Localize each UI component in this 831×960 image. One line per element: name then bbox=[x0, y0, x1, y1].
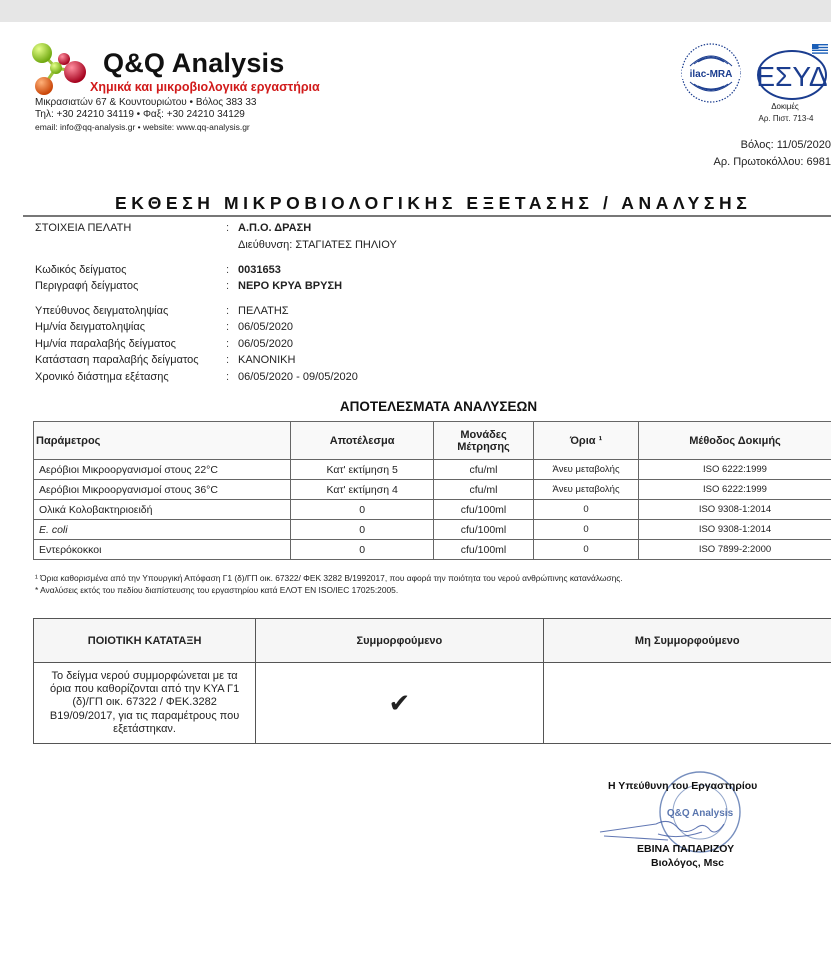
info-label: Περιγραφή δείγματος bbox=[35, 280, 138, 292]
info-label: Κατάσταση παραλαβής δείγματος bbox=[35, 354, 199, 366]
parameter-cell: Εντερόκοκκοι bbox=[34, 540, 291, 560]
examination-period: 06/05/2020 - 09/05/2020 bbox=[238, 371, 358, 383]
esyd-certificate-number: Αρ. Πιστ. 713-4 bbox=[756, 114, 816, 123]
viewer-top-bar bbox=[0, 0, 831, 22]
table-row: Εντερόκοκκοι 0 cfu/100ml 0 ISO 7899-2:20… bbox=[34, 540, 831, 560]
parameter-cell: Αερόβιοι Μικροοργανισμοί στους 22°C bbox=[34, 460, 291, 480]
limit-cell: 0 bbox=[534, 520, 639, 540]
svg-text:ΕΣΥΔ: ΕΣΥΔ bbox=[756, 61, 827, 92]
title-divider bbox=[23, 215, 831, 217]
col-unit: Μονάδες Μέτρησης bbox=[433, 422, 533, 460]
non-compliant-cell bbox=[543, 663, 831, 744]
greek-flag-icon bbox=[812, 44, 828, 55]
company-subtitle: Χημικά και μικροβιολογικά εργαστήρια bbox=[90, 80, 320, 94]
limit-cell: Άνευ μεταβολής bbox=[534, 480, 639, 500]
result-cell: 0 bbox=[291, 540, 434, 560]
unit-cell: cfu/100ml bbox=[433, 500, 533, 520]
col-parameter: Παράμετρος bbox=[34, 422, 291, 460]
signatory-name: ΕΒΙΝΑ ΠΑΠΑΡΙΖΟΥ bbox=[637, 843, 734, 855]
col-method: Μέθοδος Δοκιμής bbox=[638, 422, 831, 460]
col-quality-classification: ΠΟΙΟΤΙΚΗ ΚΑΤΑΤΑΞΗ bbox=[34, 619, 256, 663]
method-cell: ISO 7899-2:2000 bbox=[638, 540, 831, 560]
result-cell: Κατ' εκτίμηση 4 bbox=[291, 480, 434, 500]
molecule-logo-icon bbox=[30, 40, 90, 98]
method-cell: ISO 9308-1:2014 bbox=[638, 520, 831, 540]
limit-cell: 0 bbox=[534, 540, 639, 560]
table-row: Το δείγμα νερού συμμορφώνεται με τα όρια… bbox=[34, 663, 831, 744]
sampling-date: 06/05/2020 bbox=[238, 321, 293, 333]
parameter-cell: Ολικά Κολοβακτηριοειδή bbox=[34, 500, 291, 520]
client-address: Διεύθυνση: ΣΤΑΓΙΑΤΕΣ ΠΗΛΙΟΥ bbox=[238, 239, 397, 251]
unit-cell: cfu/100ml bbox=[433, 540, 533, 560]
info-colon: : bbox=[226, 338, 229, 350]
info-label: Υπεύθυνος δειγματοληψίας bbox=[35, 305, 168, 317]
svg-text:ilac-MRA: ilac-MRA bbox=[690, 69, 733, 80]
info-label: Κωδικός δείγματος bbox=[35, 264, 126, 276]
info-label: Χρονικό διάστημα εξέτασης bbox=[35, 371, 169, 383]
esyd-caption: Δοκιμές bbox=[760, 102, 810, 111]
sample-code: 0031653 bbox=[238, 264, 281, 276]
unit-cell: cfu/ml bbox=[433, 480, 533, 500]
unit-cell: cfu/100ml bbox=[433, 520, 533, 540]
quality-classification-table: ΠΟΙΟΤΙΚΗ ΚΑΤΑΤΑΞΗ Συμμορφούμενο Μη Συμμο… bbox=[33, 618, 831, 744]
result-cell: Κατ' εκτίμηση 5 bbox=[291, 460, 434, 480]
method-cell: ISO 6222:1999 bbox=[638, 480, 831, 500]
unit-cell: cfu/ml bbox=[433, 460, 533, 480]
sampling-responsible: ΠΕΛΑΤΗΣ bbox=[238, 305, 289, 317]
info-colon: : bbox=[226, 222, 229, 234]
method-cell: ISO 6222:1999 bbox=[638, 460, 831, 480]
info-label: Ημ/νία παραλαβής δείγματος bbox=[35, 338, 176, 350]
col-non-compliant: Μη Συμμορφούμενο bbox=[543, 619, 831, 663]
report-title: ΕΚΘΕΣΗ ΜΙΚΡΟΒΙΟΛΟΓΙΚΗΣ ΕΞΕΤΑΣΗΣ / ΑΝΑΛΥΣ… bbox=[115, 193, 751, 214]
info-colon: : bbox=[226, 371, 229, 383]
info-colon: : bbox=[226, 305, 229, 317]
place-date: Βόλος: 11/05/2020 bbox=[741, 139, 831, 151]
col-limit: Όρια ¹ bbox=[534, 422, 639, 460]
company-phone: Τηλ: +30 24210 34119 • Φαξ: +30 24210 34… bbox=[35, 109, 245, 121]
signatory-title: Βιολόγος, Msc bbox=[651, 857, 724, 869]
table-row: E. coli 0 cfu/100ml 0 ISO 9308-1:2014 bbox=[34, 520, 831, 540]
table-row: Αερόβιοι Μικροοργανισμοί στους 36°C Κατ'… bbox=[34, 480, 831, 500]
signature-role: Η Υπεύθυνη του Εργαστηρίου bbox=[608, 780, 757, 792]
client-name: Α.Π.Ο. ΔΡΑΣΗ bbox=[238, 222, 311, 234]
ilac-mra-logo-icon: ilac-MRA bbox=[680, 42, 742, 104]
receipt-condition: ΚΑΝΟΝΙΚΗ bbox=[238, 354, 295, 366]
esyd-logo-icon: ΕΣΥΔ bbox=[754, 42, 831, 102]
company-web: email: info@qq-analysis.gr • website: ww… bbox=[35, 121, 250, 133]
info-label: Ημ/νία δειγματοληψίας bbox=[35, 321, 145, 333]
compliance-statement: Το δείγμα νερού συμμορφώνεται με τα όρια… bbox=[35, 670, 254, 736]
results-title: ΑΠΟΤΕΛΕΣΜΑΤΑ ΑΝΑΛΥΣΕΩΝ bbox=[0, 399, 831, 414]
info-colon: : bbox=[226, 321, 229, 333]
result-cell: 0 bbox=[291, 500, 434, 520]
sample-description: ΝΕΡΟ ΚΡΥΑ ΒΡΥΣΗ bbox=[238, 280, 342, 292]
checkmark-icon: ✔ bbox=[388, 688, 410, 718]
table-row: Ολικά Κολοβακτηριοειδή 0 cfu/100ml 0 ISO… bbox=[34, 500, 831, 520]
quality-header-row: ΠΟΙΟΤΙΚΗ ΚΑΤΑΤΑΞΗ Συμμορφούμενο Μη Συμμο… bbox=[34, 619, 831, 663]
limit-cell: 0 bbox=[534, 500, 639, 520]
company-address: Μικρασιατών 67 & Κουντουριώτου • Βόλος 3… bbox=[35, 97, 256, 109]
info-label: ΣΤΟΙΧΕΙΑ ΠΕΛΑΤΗ bbox=[35, 222, 131, 234]
result-cell: 0 bbox=[291, 520, 434, 540]
info-colon: : bbox=[226, 354, 229, 366]
col-compliant: Συμμορφούμενο bbox=[256, 619, 543, 663]
protocol-number: Αρ. Πρωτοκόλλου: 6981 bbox=[714, 156, 831, 168]
parameter-cell: Αερόβιοι Μικροοργανισμοί στους 36°C bbox=[34, 480, 291, 500]
table-row: Αερόβιοι Μικροοργανισμοί στους 22°C Κατ'… bbox=[34, 460, 831, 480]
receipt-date: 06/05/2020 bbox=[238, 338, 293, 350]
info-colon: : bbox=[226, 280, 229, 292]
footnote-limits: ¹ Όρια καθορισμένα από την Υπουργική Από… bbox=[35, 573, 623, 583]
limit-cell: Άνευ μεταβολής bbox=[534, 460, 639, 480]
info-colon: : bbox=[226, 264, 229, 276]
parameter-cell: E. coli bbox=[34, 520, 291, 540]
results-table: Παράμετρος Αποτέλεσμα Μονάδες Μέτρησης Ό… bbox=[33, 421, 831, 560]
col-result: Αποτέλεσμα bbox=[291, 422, 434, 460]
company-name: Q&Q Analysis bbox=[103, 48, 284, 79]
results-header-row: Παράμετρος Αποτέλεσμα Μονάδες Μέτρησης Ό… bbox=[34, 422, 831, 460]
method-cell: ISO 9308-1:2014 bbox=[638, 500, 831, 520]
footnote-accreditation: * Αναλύσεις εκτός του πεδίου διαπίστευση… bbox=[35, 585, 398, 595]
